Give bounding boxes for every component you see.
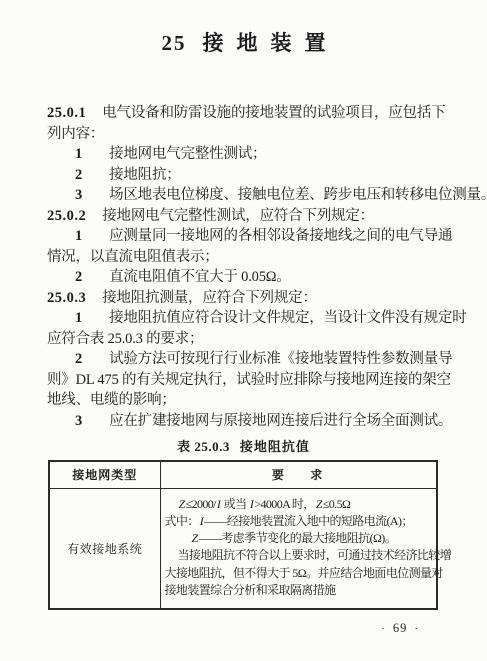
grounding-impedance-table: 接地网类型 要求 有效接地系统 Z≤2000/I 或当 I>4000A 时，Z≤… — [48, 460, 438, 610]
chapter-number: 25 — [161, 31, 186, 55]
formula-line: Z≤2000/I 或当 I>4000A 时，Z≤0.5Ω — [165, 496, 431, 513]
item-text: 接地阻抗； — [109, 167, 181, 183]
page-number-value: 69 — [393, 621, 408, 635]
page-number-dot: · — [381, 623, 386, 635]
item-text: 接地阻抗值应符合设计文件规定，当设计文件没有规定时 — [109, 310, 467, 326]
symbol-i-description: ——经接地装置流入地中的短路电流(A)； — [204, 514, 413, 528]
where-label: 式中： — [165, 514, 199, 528]
continuation-line: 列内容： — [47, 124, 440, 145]
table-caption-title: 接地阻抗值 — [240, 439, 310, 454]
continuation-text: 列内容： — [47, 126, 104, 142]
continuation-line: 则》DL 475 的有关规定执行，试验时应排除与接地网连接的架空 — [47, 370, 440, 391]
document-page: 25接地装置 25.0.1电气设备和防雷设施的接地装置的试验项目，应包括下 列内… — [0, 0, 487, 661]
item-number: 2 — [75, 351, 82, 367]
clause-line: 25.0.1电气设备和防雷设施的接地装置的试验项目，应包括下 — [47, 103, 440, 124]
continuation-text: 情况，以直流电阻值表示； — [47, 249, 219, 265]
continuation-line: 情况，以直流电阻值表示； — [47, 247, 440, 268]
symbol-z: Z — [191, 531, 199, 545]
clause-number: 25.0.1 — [47, 105, 86, 121]
clause-text: 接地网电气完整性测试，应符合下列规定： — [102, 208, 374, 224]
item-line: 2接地阻抗； — [47, 165, 440, 186]
item-line: 1接地阻抗值应符合设计文件规定，当设计文件没有规定时 — [47, 308, 440, 329]
table-caption-label: 表 25.0.3 — [177, 439, 230, 454]
note-line: 当接地阻抗不符合以上要求时，可通过技术经济比较增 — [165, 547, 431, 564]
chapter-title: 25接地装置 — [47, 28, 440, 58]
clause-number: 25.0.3 — [47, 290, 86, 306]
continuation-text: 则》DL 475 的有关规定执行，试验时应排除与接地网连接的架空 — [47, 372, 451, 388]
clause-line: 25.0.3接地阻抗测量，应符合下列规定： — [47, 288, 440, 309]
item-text: 场区地表电位梯度、接触电位差、跨步电压和转移电位测量。 — [109, 187, 487, 203]
cell-requirement: Z≤2000/I 或当 I>4000A 时，Z≤0.5Ω 式中：I——经接地装置… — [160, 488, 437, 609]
item-line: 1接地网电气完整性测试； — [47, 144, 440, 165]
body-text: 25.0.1电气设备和防雷设施的接地装置的试验项目，应包括下 列内容： 1接地网… — [47, 103, 440, 431]
clause-text: 接地阻抗测量，应符合下列规定： — [102, 290, 317, 306]
continuation-line: 应符合表 25.0.3 的要求； — [47, 329, 440, 350]
cell-grid-type: 有效接地系统 — [49, 488, 160, 609]
item-number: 1 — [75, 146, 82, 162]
table-caption: 表 25.0.3接地阻抗值 — [47, 438, 440, 456]
item-number: 1 — [75, 228, 82, 244]
item-text: 直流电阻值不宜大于 0.05Ω。 — [109, 269, 291, 285]
continuation-text: 地线、电缆的影响； — [47, 392, 176, 408]
item-line: 2直流电阻值不宜大于 0.05Ω。 — [47, 267, 440, 288]
page-number-dot: · — [414, 623, 419, 635]
chapter-name: 接地装置 — [202, 31, 338, 55]
note-line: 大接地阻抗，但不得大于 5Ω。并应结合地面电位测量对 — [165, 565, 431, 582]
page-number: ·69· — [47, 621, 440, 636]
header-grid-type: 接地网类型 — [49, 461, 160, 488]
header-requirement: 要求 — [160, 461, 437, 488]
item-number: 2 — [75, 167, 82, 183]
note-line: 接地装置综合分析和采取隔离措施 — [165, 582, 431, 599]
clause-text: 电气设备和防雷设施的接地装置的试验项目，应包括下 — [102, 105, 445, 121]
symbol-z-description: ——考虑季节变化的最大接地阻抗(Ω)。 — [199, 531, 397, 545]
item-text: 试验方法可按现行行业标准《接地装置特性参数测量导 — [109, 351, 452, 367]
item-line: 2试验方法可按现行行业标准《接地装置特性参数测量导 — [47, 349, 440, 370]
where-line-z: Z——考虑季节变化的最大接地阻抗(Ω)。 — [165, 530, 431, 547]
continuation-line: 地线、电缆的影响； — [47, 390, 440, 411]
continuation-text: 应符合表 25.0.3 的要求； — [47, 331, 203, 347]
item-text: 接地网电气完整性测试； — [109, 146, 266, 162]
item-line: 3场区地表电位梯度、接触电位差、跨步电压和转移电位测量。 — [47, 185, 440, 206]
item-number: 3 — [75, 413, 82, 429]
table-header-row: 接地网类型 要求 — [49, 461, 437, 488]
clause-number: 25.0.2 — [47, 208, 86, 224]
item-text: 应在扩建接地网与原接地网连接后进行全场全面测试。 — [109, 413, 452, 429]
item-text: 应测量同一接地网的各相邻设备接地线之间的电气导通 — [109, 228, 452, 244]
item-line: 1应测量同一接地网的各相邻设备接地线之间的电气导通 — [47, 226, 440, 247]
item-number: 2 — [75, 269, 82, 285]
clause-line: 25.0.2接地网电气完整性测试，应符合下列规定： — [47, 206, 440, 227]
item-line: 3应在扩建接地网与原接地网连接后进行全场全面测试。 — [47, 411, 440, 432]
table-row: 有效接地系统 Z≤2000/I 或当 I>4000A 时，Z≤0.5Ω 式中：I… — [49, 488, 437, 609]
item-number: 3 — [75, 187, 82, 203]
item-number: 1 — [75, 310, 82, 326]
where-line-i: 式中：I——经接地装置流入地中的短路电流(A)； — [165, 513, 431, 530]
